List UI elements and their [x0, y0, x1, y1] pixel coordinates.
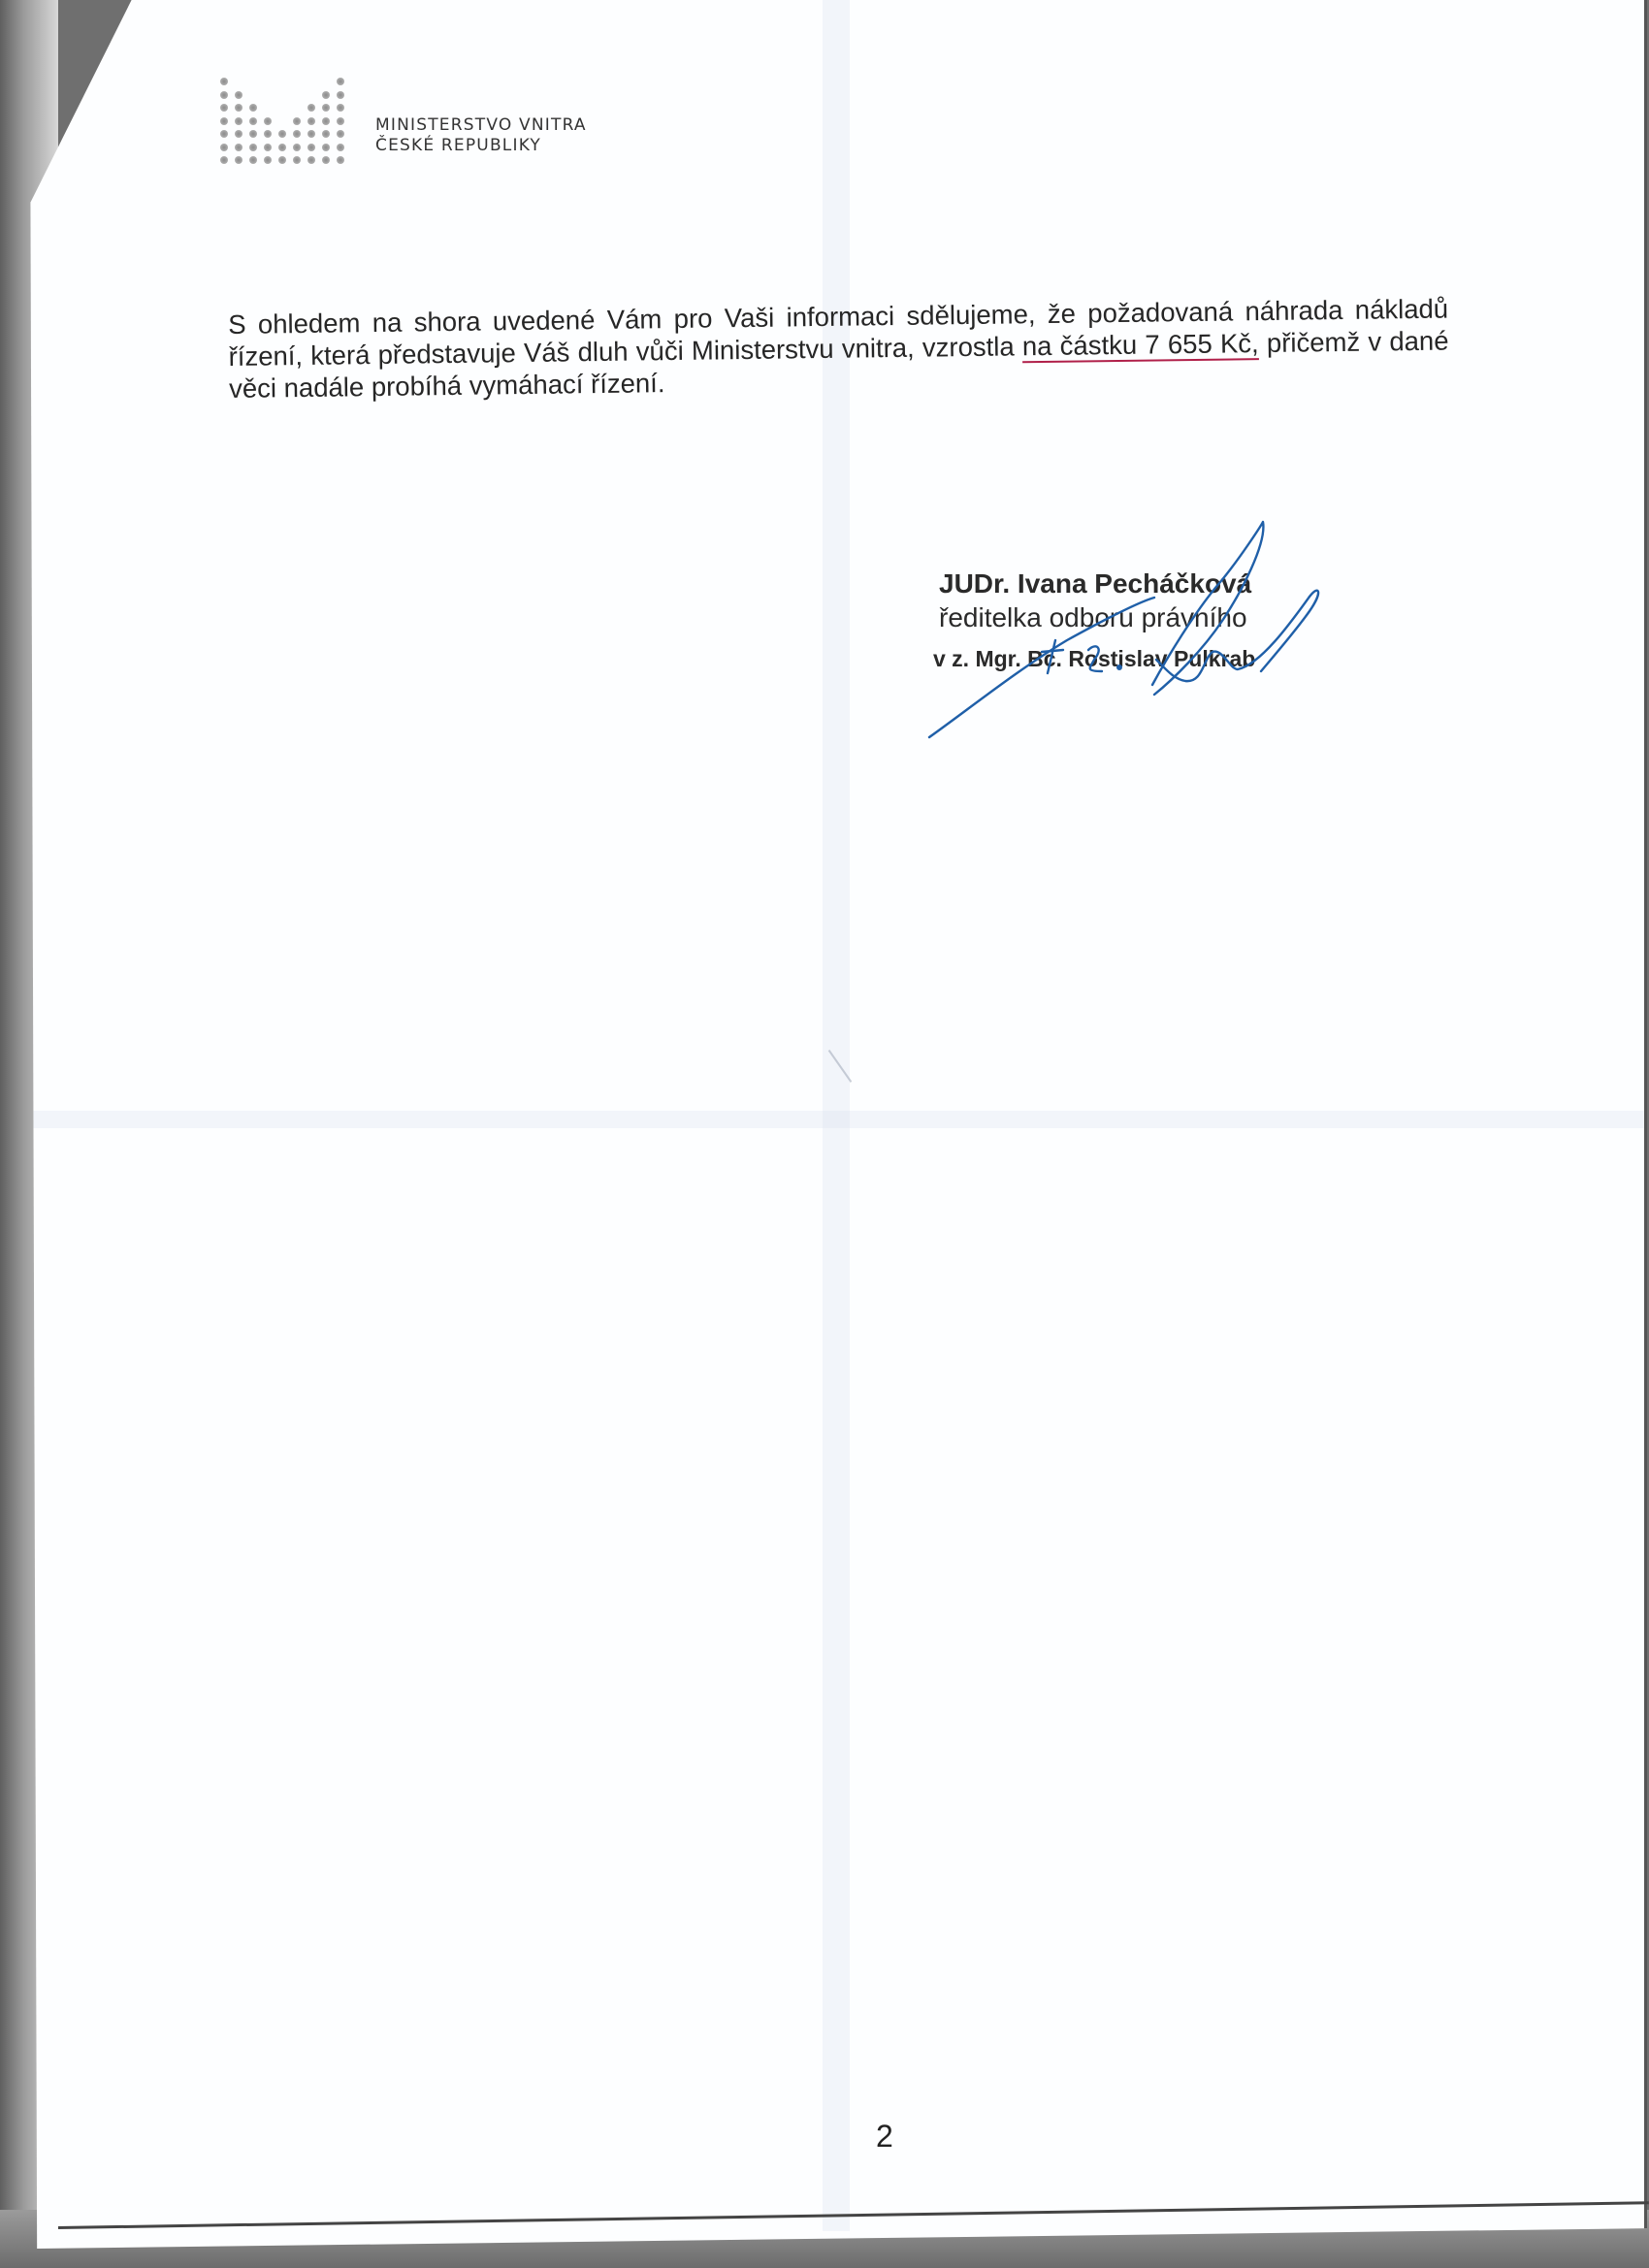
logo-dot — [307, 144, 315, 151]
logo-dot — [220, 117, 228, 125]
logo-dot — [307, 130, 315, 138]
logo-dot — [322, 130, 330, 138]
logo-dot — [278, 144, 286, 151]
letter-body-paragraph: S ohledem na shora uvedené Vám pro Vaši … — [228, 293, 1449, 405]
logo-dot — [235, 156, 242, 164]
logo-dot — [235, 117, 242, 125]
handwritten-signature-icon — [912, 504, 1358, 747]
logo-dot — [264, 130, 272, 138]
logo-dot — [337, 78, 344, 85]
logo-dot — [220, 78, 228, 85]
logo-dot — [264, 156, 272, 164]
logo-dot — [322, 144, 330, 151]
logo-dot — [235, 91, 242, 99]
logo-dot — [235, 130, 242, 138]
logo-dot — [249, 130, 257, 138]
logo-dot — [293, 144, 301, 151]
logo-dot — [293, 78, 301, 85]
logo-dot — [307, 91, 315, 99]
logo-dot — [293, 156, 301, 164]
logo-dot — [235, 104, 242, 112]
organization-line-1: MINISTERSTVO VNITRA — [375, 115, 587, 136]
logo-dot — [307, 78, 315, 85]
logo-dot — [307, 104, 315, 112]
logo-dot — [322, 78, 330, 85]
logo-dot — [293, 104, 301, 112]
logo-dot — [278, 91, 286, 99]
logo-dot — [220, 104, 228, 112]
logo-dot — [249, 104, 257, 112]
logo-dot — [337, 91, 344, 99]
logo-dot — [337, 104, 344, 112]
logo-dot — [293, 117, 301, 125]
logo-dot — [249, 144, 257, 151]
logo-dot — [322, 91, 330, 99]
underlined-amount: na částku 7 655 Kč, — [1022, 328, 1259, 361]
logo-dot — [235, 78, 242, 85]
logo-dot — [249, 156, 257, 164]
logo-dot — [249, 78, 257, 85]
logo-dot — [278, 78, 286, 85]
logo-dot — [264, 117, 272, 125]
organization-name: MINISTERSTVO VNITRA ČESKÉ REPUBLIKY — [375, 115, 587, 156]
logo-dot — [235, 144, 242, 151]
ministry-logo-icon — [218, 76, 346, 167]
logo-dot — [307, 156, 315, 164]
logo-dot — [307, 117, 315, 125]
logo-dot — [220, 144, 228, 151]
logo-dot — [278, 117, 286, 125]
logo-dot — [220, 91, 228, 99]
logo-dot — [264, 144, 272, 151]
logo-dot — [337, 130, 344, 138]
letterhead: MINISTERSTVO VNITRA ČESKÉ REPUBLIKY — [218, 76, 587, 167]
logo-dot — [220, 156, 228, 164]
logo-dot — [278, 156, 286, 164]
logo-dot — [220, 130, 228, 138]
logo-dot — [337, 117, 344, 125]
logo-dot — [337, 156, 344, 164]
logo-dot — [249, 117, 257, 125]
logo-dot — [278, 130, 286, 138]
logo-dot — [322, 117, 330, 125]
logo-dot — [264, 104, 272, 112]
logo-dot — [264, 91, 272, 99]
page-number: 2 — [876, 2119, 893, 2155]
logo-dot — [322, 156, 330, 164]
logo-dot — [293, 91, 301, 99]
logo-dot — [264, 78, 272, 85]
logo-dot — [249, 91, 257, 99]
logo-dot — [322, 104, 330, 112]
logo-dot — [293, 130, 301, 138]
logo-dot — [278, 104, 286, 112]
logo-dot — [337, 144, 344, 151]
organization-line-2: ČESKÉ REPUBLIKY — [375, 136, 587, 156]
paper-right-edge — [1644, 0, 1647, 2231]
fold-mark-horizontal — [17, 1111, 1647, 1128]
